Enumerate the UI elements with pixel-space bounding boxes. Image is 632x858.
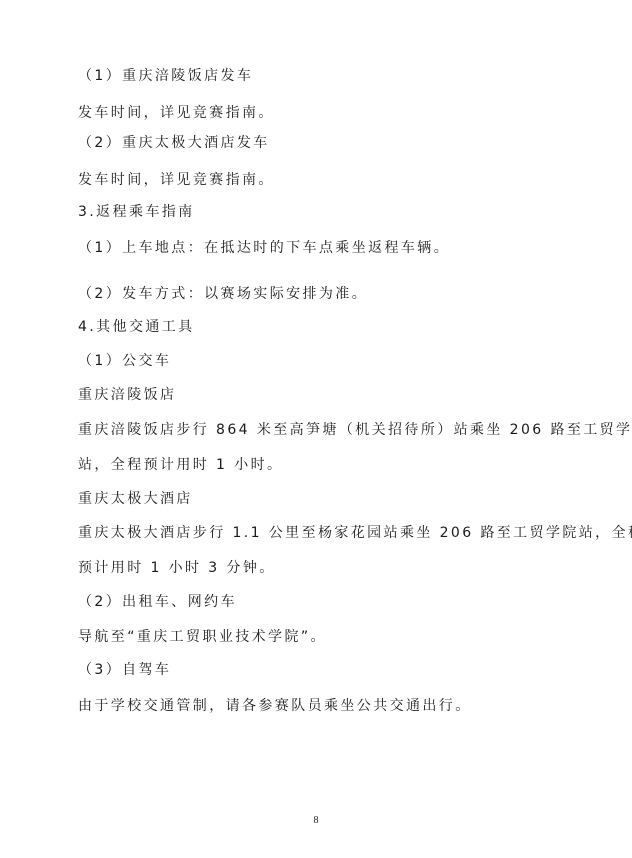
paragraph-fuling-bus-route: 重庆涪陵饭店步行 864 米至高笋塘（机关招待所）站乘坐 206 路至工贸学院	[78, 421, 632, 439]
subheading-taxi: （2）出租车、网约车	[78, 593, 237, 611]
paragraph-fuling-bus-duration: 站，全程预计用时 1 小时。	[78, 456, 283, 474]
paragraph-departure-method: （2）发车方式：以赛场实际安排为准。	[78, 285, 368, 303]
document-page: （1）重庆涪陵饭店发车 发车时间，详见竞赛指南。 （2）重庆太极大酒店发车 发车…	[0, 0, 632, 858]
subheading-taiji-hotel-departure: （2）重庆太极大酒店发车	[78, 134, 270, 152]
paragraph-taiji-bus-route: 重庆太极大酒店步行 1.1 公里至杨家花园站乘坐 206 路至工贸学院站，全程	[78, 524, 632, 542]
paragraph-departure-time-2: 发车时间，详见竞赛指南。	[78, 171, 275, 189]
paragraph-taxi-navigation: 导航至“重庆工贸职业技术学院”。	[78, 628, 327, 646]
section-heading-other-transport: 4.其他交通工具	[78, 318, 195, 336]
subheading-fuling-hotel-departure: （1）重庆涪陵饭店发车	[78, 67, 253, 85]
subheading-bus: （1）公交车	[78, 352, 171, 370]
page-number: 8	[0, 815, 632, 826]
subheading-self-drive: （3）自驾车	[78, 661, 171, 679]
paragraph-self-drive-notice: 由于学校交通管制，请各参赛队员乘坐公共交通出行。	[78, 697, 472, 715]
section-heading-return-guide: 3.返程乘车指南	[78, 203, 195, 221]
paragraph-boarding-location: （1）上车地点：在抵达时的下车点乘坐返程车辆。	[78, 239, 450, 257]
paragraph-departure-time-1: 发车时间，详见竞赛指南。	[78, 104, 275, 122]
paragraph-taiji-bus-duration: 预计用时 1 小时 3 分钟。	[78, 559, 276, 577]
label-fuling-hotel: 重庆涪陵饭店	[78, 386, 176, 404]
label-taiji-hotel: 重庆太极大酒店	[78, 490, 193, 508]
